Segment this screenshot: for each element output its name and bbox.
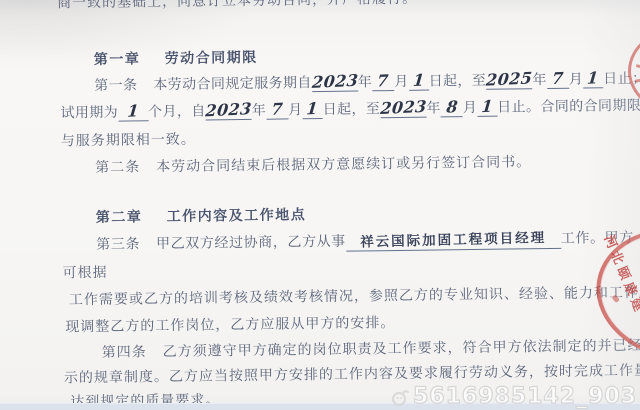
- chapter1-title: 劳动合同期限: [165, 50, 258, 67]
- article1-cont2-line: 与服务期限相一致。: [61, 132, 196, 151]
- unit-month2: 月: [569, 72, 584, 88]
- unit-year4: 年: [426, 100, 441, 116]
- probation-start-day-field: 1: [303, 101, 323, 119]
- service-start-year-value: 2023: [311, 73, 359, 91]
- article4-text: 乙方须遵守甲方确定的岗位职责及工作要求，符合甲方依法制定的并已经公: [163, 338, 640, 360]
- article2-line: 第二条本劳动合同结束后根据双方意愿续订或另行签订合同书。: [95, 154, 531, 177]
- seal-fleck-icon: [612, 294, 620, 303]
- article3-cont3-line: 现调整乙方的工作岗位，乙方应服从甲方的安排。: [65, 315, 395, 337]
- article4-cont1-text: 示的规章制度。乙方应当按照甲方安排的工作内容及要求履行劳动义务，按时完成工作量，: [64, 363, 640, 387]
- contract-text-block: 商一致的基础上，同意订立本劳动合同，并严格履行。 第一章 劳动合同期限 第一条本…: [0, 0, 640, 410]
- article4-label: 第四条: [102, 344, 147, 361]
- chapter2-heading: 第二章 工作内容及工作地点: [96, 207, 307, 227]
- seal-company-text: 河北颐康建: [600, 232, 640, 318]
- chapter2-title: 工作内容及工作地点: [167, 207, 307, 225]
- probation-start-day-value: 1: [306, 101, 319, 118]
- probation-start-month-value: 7: [271, 101, 284, 118]
- probation-end-month-value: 8: [445, 99, 458, 116]
- article2-text: 本劳动合同结束后根据双方意愿续订或另行签订合同书。: [156, 154, 531, 175]
- service-end-year-value: 2025: [486, 70, 534, 88]
- probation-line: 试用期为1个月，自2023年7月1日起，至2023年8月1日止。合同的合同期限: [60, 97, 640, 123]
- service-start-year-field: 2023: [312, 73, 358, 92]
- unit-year: 年: [358, 74, 373, 90]
- probation-end-year-field: 2023: [380, 100, 426, 119]
- chapter1-number: 第一章: [94, 51, 141, 68]
- probation-months-field: 1: [118, 103, 148, 121]
- unit-month3: 月: [288, 102, 303, 118]
- probation-end-day-value: 1: [481, 98, 494, 115]
- service-end-year-field: 2025: [486, 71, 532, 90]
- job-title-value: 祥云国际加固工程项目经理: [360, 232, 546, 250]
- service-start-day-field: 1: [409, 73, 429, 91]
- article3-cont3-text: 现调整乙方的工作岗位，乙方应服从甲方的安排。: [65, 315, 395, 335]
- probation-months-value: 1: [127, 103, 140, 120]
- unit-year3: 年: [252, 103, 267, 119]
- watermark-id-text: 5616985142_903: [413, 384, 637, 409]
- chapter2-number: 第二章: [96, 209, 143, 226]
- contract-photo-page: 商一致的基础上，同意订立本劳动合同，并严格履行。 第一章 劳动合同期限 第一条本…: [0, 0, 640, 410]
- watermark: 5616985142_903: [390, 384, 637, 409]
- probation-text: 试用期为: [60, 105, 118, 122]
- unit-month: 月: [394, 74, 409, 90]
- chapter1-heading: 第一章 劳动合同期限: [94, 50, 258, 70]
- article2-label: 第二条: [95, 159, 140, 176]
- job-title-field: 祥云国际加固工程项目经理: [346, 232, 561, 251]
- article1-text: 本劳动合同规定服务期自: [153, 75, 312, 93]
- article1-line: 第一条本劳动合同规定服务期自2023年7月1日起，至2025年7月1日止；: [94, 70, 640, 96]
- preamble-text: 商一致的基础上，同意订立本劳动合同，并严格履行。: [57, 0, 417, 11]
- watermark-logo-icon: [390, 387, 410, 407]
- article3-line: 第三条甲乙双方经过协商，乙方从事祥云国际加固工程项目经理工作。甲方: [96, 230, 634, 255]
- preamble-clipped-line: 商一致的基础上，同意订立本劳动合同，并严格履行。: [57, 0, 417, 13]
- article3-label: 第三条: [96, 236, 140, 253]
- service-end-month-value: 7: [551, 71, 564, 88]
- probation-start-year-value: 2023: [205, 101, 253, 119]
- service-start-month-field: 7: [372, 73, 394, 91]
- seal-top-mark2-icon: [635, 78, 640, 83]
- unit-month4: 月: [463, 100, 478, 116]
- article1-text-mid: 日起，至: [429, 73, 487, 90]
- probation-text3: 日起，至: [323, 101, 381, 118]
- seal-top-mark-icon: [636, 64, 640, 69]
- article1-cont2-text: 与服务期限相一致。: [61, 132, 196, 150]
- service-end-month-field: 7: [547, 71, 569, 89]
- service-start-month-value: 7: [377, 73, 390, 90]
- probation-text4: 日止。合同的合同期限: [497, 98, 640, 116]
- probation-text2: 个月，自: [148, 103, 206, 120]
- unit-year2: 年: [532, 72, 547, 88]
- probation-start-month-field: 7: [266, 101, 288, 119]
- probation-end-month-field: 8: [441, 99, 463, 117]
- probation-start-year-field: 2023: [206, 102, 252, 121]
- service-end-day-value: 1: [587, 70, 600, 87]
- article3-cont1-line: 可根据: [62, 265, 107, 283]
- article3-cont2-line: 工作需要或乙方的培训考核及绩效考核情况，参照乙方的专业知识、经验、能力和工作表: [69, 285, 640, 310]
- article4-line: 第四条乙方须遵守甲方确定的岗位职责及工作要求，符合甲方依法制定的并已经公: [102, 338, 640, 363]
- service-end-day-field: 1: [583, 70, 603, 88]
- probation-end-day-field: 1: [477, 99, 497, 117]
- article3-cont1-text: 可根据: [62, 265, 107, 282]
- service-start-day-value: 1: [412, 72, 425, 89]
- article3-cont2-text: 工作需要或乙方的培训考核及绩效考核情况，参照乙方的专业知识、经验、能力和工作表: [69, 285, 640, 309]
- article1-label: 第一条: [94, 77, 137, 94]
- article3-text: 甲乙双方经过协商，乙方从事: [156, 234, 346, 252]
- probation-end-year-value: 2023: [380, 99, 428, 117]
